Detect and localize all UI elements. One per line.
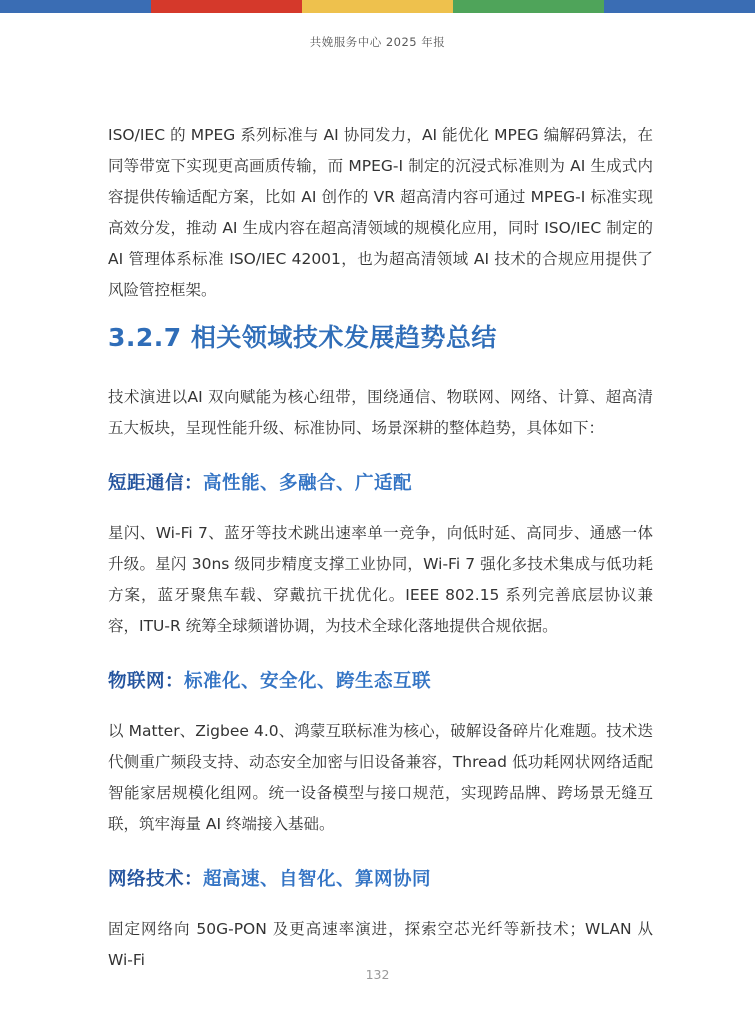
bar-segment-red	[151, 0, 302, 13]
top-color-bar	[0, 0, 755, 13]
subsection-heading-network-tech: 网络技术：超高速、自智化、算网协同	[108, 866, 653, 894]
bar-segment-blue-1	[0, 0, 151, 13]
bar-segment-blue-2	[604, 0, 755, 13]
subsection-label: 短距通信：	[108, 473, 203, 494]
page-header: 共娩服务中心 2025 年报	[0, 34, 755, 50]
bar-segment-yellow	[302, 0, 453, 13]
subsection-label: 网络技术：	[108, 869, 203, 890]
paragraph-iot: 以 Matter、Zigbee 4.0、鸿蒙互联标准为核心，破解设备碎片化难题。…	[108, 716, 653, 840]
paragraph-mpeg-ai: ISO/IEC 的 MPEG 系列标准与 AI 协同发力，AI 能优化 MPEG…	[108, 120, 653, 306]
page-footer: 132	[0, 967, 755, 982]
subsection-highlight: 标准化、安全化、跨生态互联	[184, 671, 431, 692]
paragraph-short-range-comm: 星闪、Wi-Fi 7、蓝牙等技术跳出速率单一竞争，向低时延、高同步、通感一体升级…	[108, 518, 653, 642]
subsection-label: 物联网：	[108, 671, 184, 692]
content-area: ISO/IEC 的 MPEG 系列标准与 AI 协同发力，AI 能优化 MPEG…	[108, 120, 653, 976]
subsection-heading-short-range-comm: 短距通信：高性能、多融合、广适配	[108, 470, 653, 498]
section-heading-327: 3.2.7 相关领域技术发展趋势总结	[108, 320, 653, 356]
page-number: 132	[366, 967, 390, 982]
bar-segment-green	[453, 0, 604, 13]
subsection-highlight: 高性能、多融合、广适配	[203, 473, 412, 494]
subsection-highlight: 超高速、自智化、算网协同	[203, 869, 431, 890]
paragraph-intro: 技术演进以AI 双向赋能为核心纽带，围绕通信、物联网、网络、计算、超高清五大板块…	[108, 382, 653, 444]
report-header-title: 共娩服务中心 2025 年报	[310, 35, 446, 49]
subsection-heading-iot: 物联网：标准化、安全化、跨生态互联	[108, 668, 653, 696]
document-page: 共娩服务中心 2025 年报 ISO/IEC 的 MPEG 系列标准与 AI 协…	[0, 0, 755, 1024]
